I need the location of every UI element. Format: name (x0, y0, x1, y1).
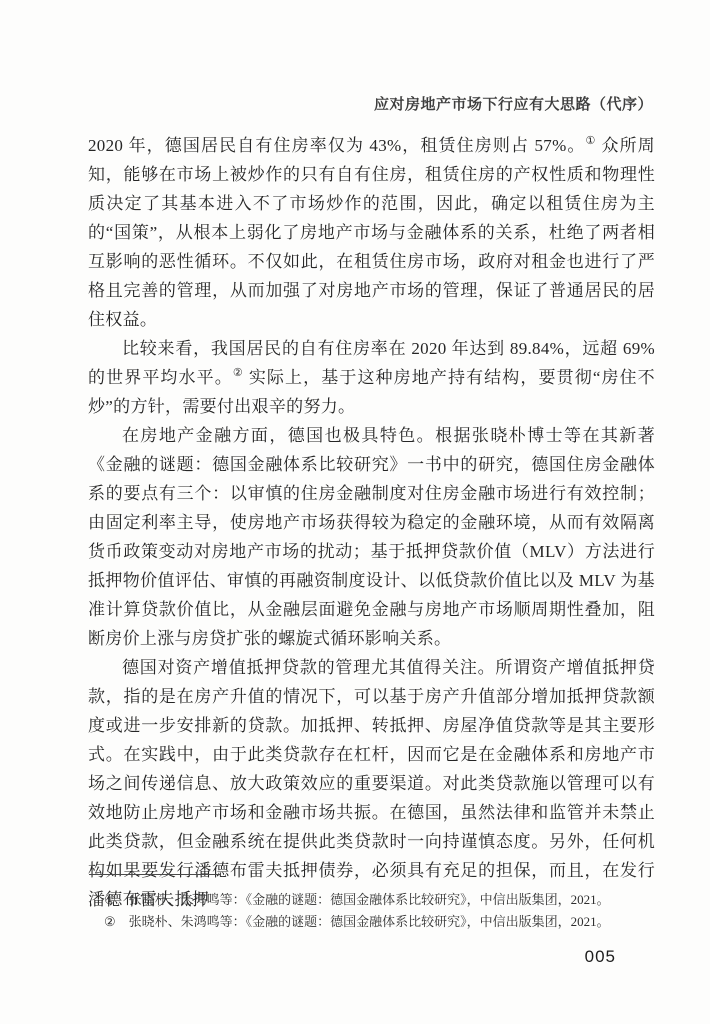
footnote-2-marker: ② (88, 911, 116, 933)
footnote-1-text: 张晓朴、朱鸿鸣等：《金融的谜题：德国金融体系比较研究》，中信出版集团，2021。 (129, 889, 655, 911)
book-page: 应对房地产市场下行应有大思路（代序） 2020 年，德国居民自有住房率仅为 43… (0, 0, 710, 1024)
footnote-ref-1: ① (585, 135, 596, 147)
paragraph-1: 2020 年，德国居民自有住房率仅为 43%，租赁住房则占 57%。①众所周知，… (88, 131, 655, 334)
running-head: 应对房地产市场下行应有大思路（代序） (88, 93, 653, 114)
paragraph-1-text-before: 2020 年，德国居民自有住房率仅为 43%，租赁住房则占 57%。 (88, 136, 585, 155)
footnote-2-text: 张晓朴、朱鸿鸣等：《金融的谜题：德国金融体系比较研究》，中信出版集团，2021。 (129, 911, 655, 933)
footnote-1-marker: ① (88, 889, 116, 911)
paragraph-1-text-after: 众所周知，能够在市场上被炒作的只有自有住房，租赁住房的产权性质和物理性质决定了其… (88, 136, 655, 329)
footnote-2: ② 张晓朴、朱鸿鸣等：《金融的谜题：德国金融体系比较研究》，中信出版集团，202… (88, 911, 655, 933)
page-number: 005 (585, 947, 616, 967)
body-text: 2020 年，德国居民自有住房率仅为 43%，租赁住房则占 57%。①众所周知，… (88, 131, 655, 914)
footnote-ref-2: ② (233, 367, 244, 379)
footnotes: ① 张晓朴、朱鸿鸣等：《金融的谜题：德国金融体系比较研究》，中信出版集团，202… (88, 889, 655, 933)
footnote-1: ① 张晓朴、朱鸿鸣等：《金融的谜题：德国金融体系比较研究》，中信出版集团，202… (88, 889, 655, 911)
footnote-separator (89, 874, 220, 875)
paragraph-2: 比较来看，我国居民的自有住房率在 2020 年达到 89.84%，远超 69% … (88, 334, 655, 421)
paragraph-3: 在房地产金融方面，德国也极具特色。根据张晓朴博士等在其新著《金融的谜题：德国金融… (88, 421, 655, 653)
